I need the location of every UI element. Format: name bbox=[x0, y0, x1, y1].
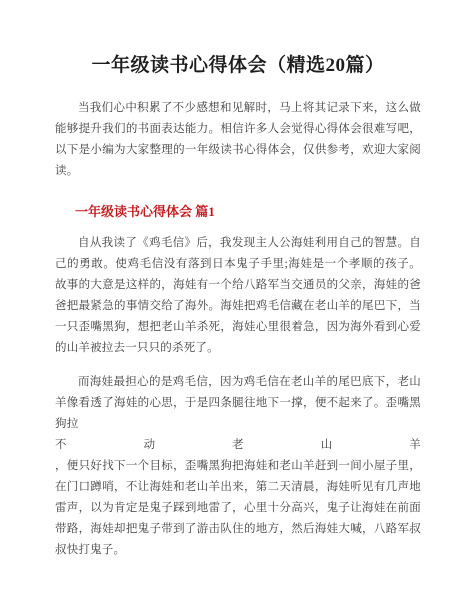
story-paragraph-1: 自从我读了《鸡毛信》后，我发现主人公海娃利用自己的智慧。自己的勇敢。使鸡毛信没有… bbox=[55, 233, 421, 359]
story-paragraph-2-part2: ，便只好找下一个目标，歪嘴黑狗把海娃和老山羊赶到一间小屋子里，在门口蹲哨，不让海… bbox=[55, 456, 421, 561]
story-paragraph-2-part1: 而海娃最担心的是鸡毛信，因为鸡毛信在老山羊的尾巴底下，老山羊像看透了海娃的心思，… bbox=[55, 372, 421, 435]
document-page: 一年级读书心得体会（精选20篇） 当我们心中积累了不少感想和见解时，马上将其记录… bbox=[0, 0, 463, 600]
story-paragraph-2: 而海娃最担心的是鸡毛信，因为鸡毛信在老山羊的尾巴底下，老山羊像看透了海娃的心思，… bbox=[55, 372, 421, 561]
story-paragraph-2-stretched-line: 不动老山羊 bbox=[55, 435, 421, 456]
section-heading: 一年级读书心得体会 篇1 bbox=[75, 203, 421, 220]
page-title: 一年级读书心得体会（精选20篇） bbox=[55, 54, 421, 78]
intro-paragraph: 当我们心中积累了不少感想和见解时，马上将其记录下来，这么做能够提升我们的书面表达… bbox=[55, 98, 421, 182]
